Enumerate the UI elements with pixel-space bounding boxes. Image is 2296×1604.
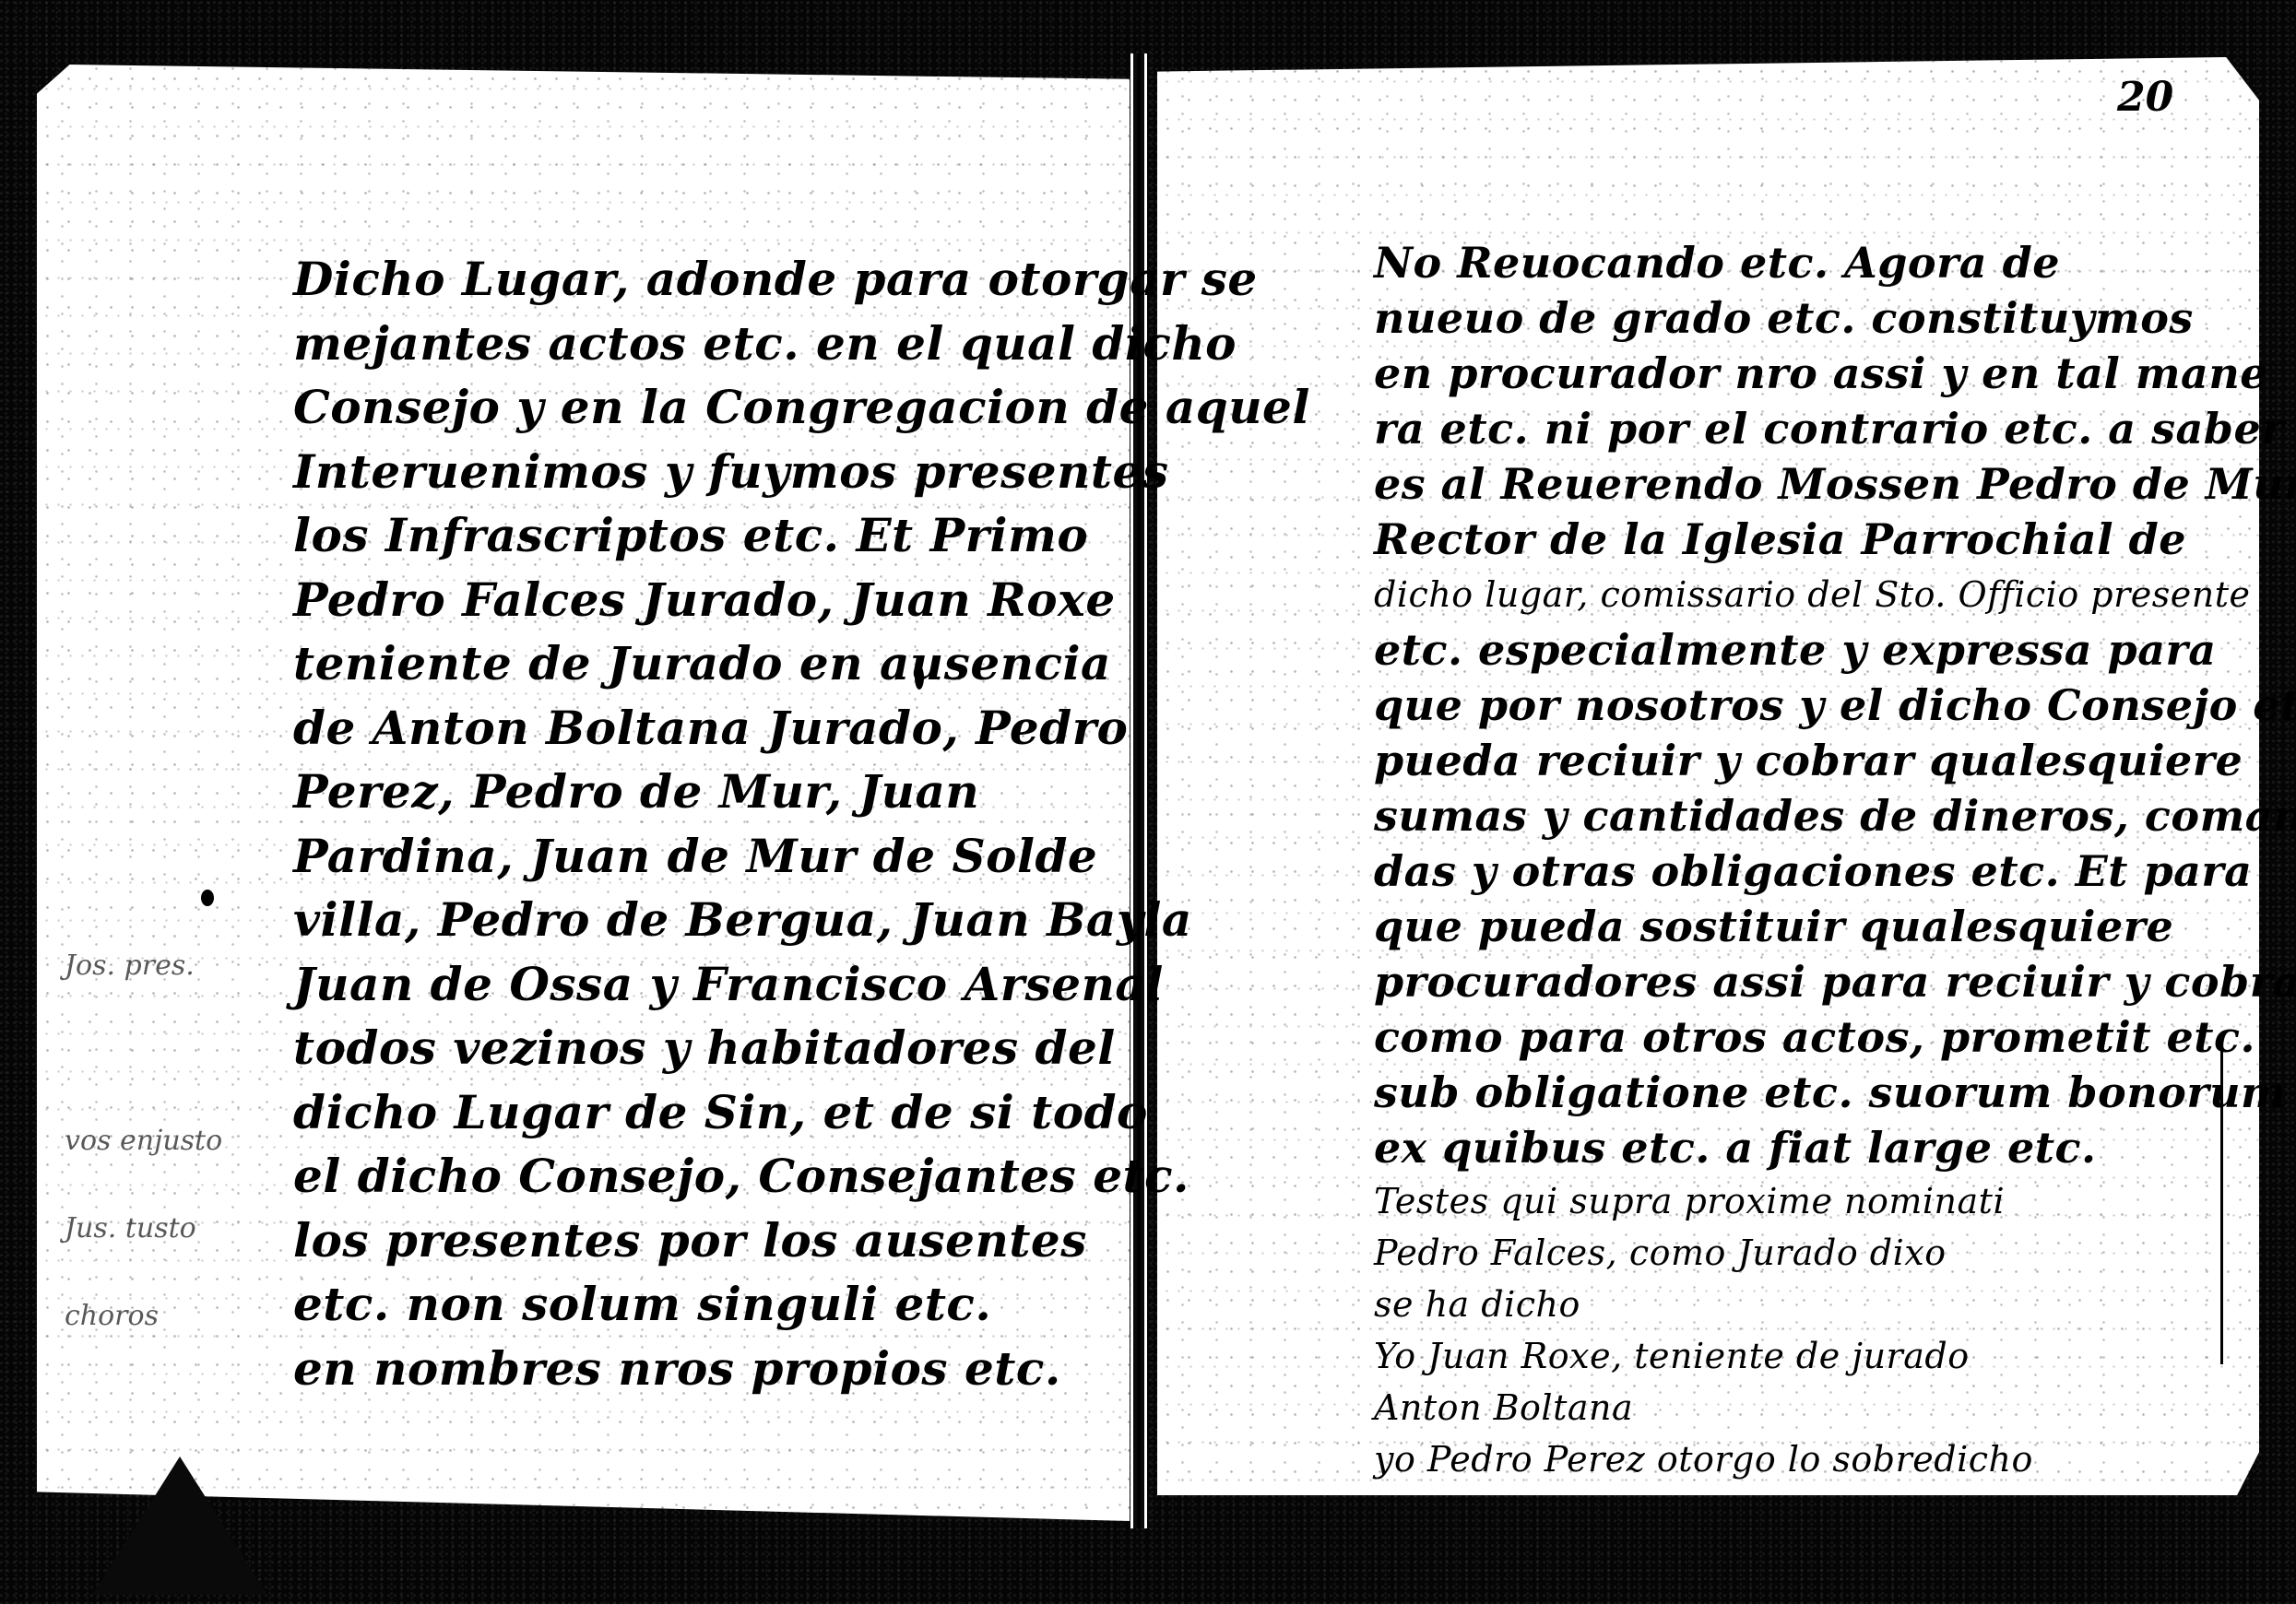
signature-line: Anton Boltana xyxy=(1374,1382,2241,1433)
signature-line: Yo Juan Roxe, teniente de jurado xyxy=(1374,1330,2241,1382)
manuscript-line: que pueda sostituir qualesquiere xyxy=(1374,899,2241,954)
manuscript-line: No Reuocando etc. Agora de xyxy=(1374,235,2241,290)
margin-note: Jus. tusto xyxy=(65,1185,277,1272)
manuscript-line: los presentes por los ausentes xyxy=(293,1209,1123,1273)
ink-blot xyxy=(915,666,924,690)
manuscript-line: sumas y cantidades de dineros, coman xyxy=(1374,788,2241,843)
manuscript-line: los Infrascriptos etc. Et Primo xyxy=(293,503,1123,568)
manuscript-line: es al Reuerendo Mossen Pedro de Mur, xyxy=(1374,456,2241,512)
manuscript-line: villa, Pedro de Bergua, Juan Bayla xyxy=(293,888,1123,952)
margin-note: choros xyxy=(65,1272,277,1360)
signature-line: Pedro Falces, como Jurado dixo xyxy=(1374,1227,2241,1279)
margin-note: Jos. pres. xyxy=(65,922,277,1009)
manuscript-line: mejantes actos etc. en el qual dicho xyxy=(293,312,1123,376)
manuscript-line: Pedro Falces Jurado, Juan Roxe xyxy=(293,568,1123,632)
margin-rule xyxy=(2220,1032,2223,1364)
manuscript-line: procuradores assi para reciuir y cobrar xyxy=(1374,954,2241,1009)
manuscript-line: como para otros actos, prometit etc. xyxy=(1374,1009,2241,1065)
manuscript-line: sub obligatione etc. suorum bonorum xyxy=(1374,1065,2241,1120)
manuscript-line: en procurador nro assi y en tal mane xyxy=(1374,346,2241,401)
manuscript-line: etc. especialmente y expressa para xyxy=(1374,622,2241,678)
manuscript-line: etc. non solum singuli etc. xyxy=(293,1272,1123,1337)
ink-blot xyxy=(201,890,214,906)
margin-note xyxy=(65,1009,277,1097)
folio-number: 20 xyxy=(2117,74,2173,121)
manuscript-line: el dicho Consejo, Consejantes etc. xyxy=(293,1144,1123,1209)
margin-note: vos enjusto xyxy=(65,1097,277,1185)
manuscript-line: nueuo de grado etc. constituymos xyxy=(1374,290,2241,346)
manuscript-line: de Anton Boltana Jurado, Pedro xyxy=(293,696,1123,761)
page-corner-shadow xyxy=(92,1457,267,1595)
manuscript-line: teniente de Jurado en ausencia xyxy=(293,631,1123,696)
signature-line: yo Pedro Perez otorgo lo sobredicho xyxy=(1374,1433,2241,1485)
manuscript-line: pueda reciuir y cobrar qualesquiere xyxy=(1374,733,2241,788)
manuscript-line: en nombres nros propios etc. xyxy=(293,1337,1123,1401)
manuscript-line: ex quibus etc. a fiat large etc. xyxy=(1374,1120,2241,1175)
manuscript-line: Perez, Pedro de Mur, Juan xyxy=(293,760,1123,824)
signature-line: se ha dicho xyxy=(1374,1279,2241,1330)
left-margin-notes: Jos. pres. vos enjusto Jus. tusto choros xyxy=(65,922,277,1360)
right-page-text: No Reuocando etc. Agora de nueuo de grad… xyxy=(1374,235,2241,1485)
manuscript-line: Dicho Lugar, adonde para otorgar se xyxy=(293,247,1123,312)
manuscript-line: das y otras obligaciones etc. Et para xyxy=(1374,843,2241,899)
manuscript-line: Consejo y en la Congregacion de aquel xyxy=(293,375,1123,440)
manuscript-line: Juan de Ossa y Francisco Arsenal xyxy=(293,952,1123,1017)
manuscript-line: Interuenimos y fuymos presentes xyxy=(293,440,1123,504)
manuscript-line: todos vezinos y habitadores del xyxy=(293,1016,1123,1080)
left-page-text: Dicho Lugar, adonde para otorgar se meja… xyxy=(293,247,1123,1400)
manuscript-line: Rector de la Iglesia Parrochial de xyxy=(1374,512,2241,567)
manuscript-line: dicho lugar, comissario del Sto. Officio… xyxy=(1374,567,2241,622)
witness-line: Testes qui supra proxime nominati xyxy=(1374,1175,2241,1227)
manuscript-line: dicho Lugar de Sin, et de si todo xyxy=(293,1080,1123,1145)
manuscript-line: Pardina, Juan de Mur de Solde xyxy=(293,824,1123,889)
manuscript-line: que por nosotros y el dicho Consejo etc. xyxy=(1374,678,2241,733)
manuscript-line: ra etc. ni por el contrario etc. a saber xyxy=(1374,401,2241,456)
